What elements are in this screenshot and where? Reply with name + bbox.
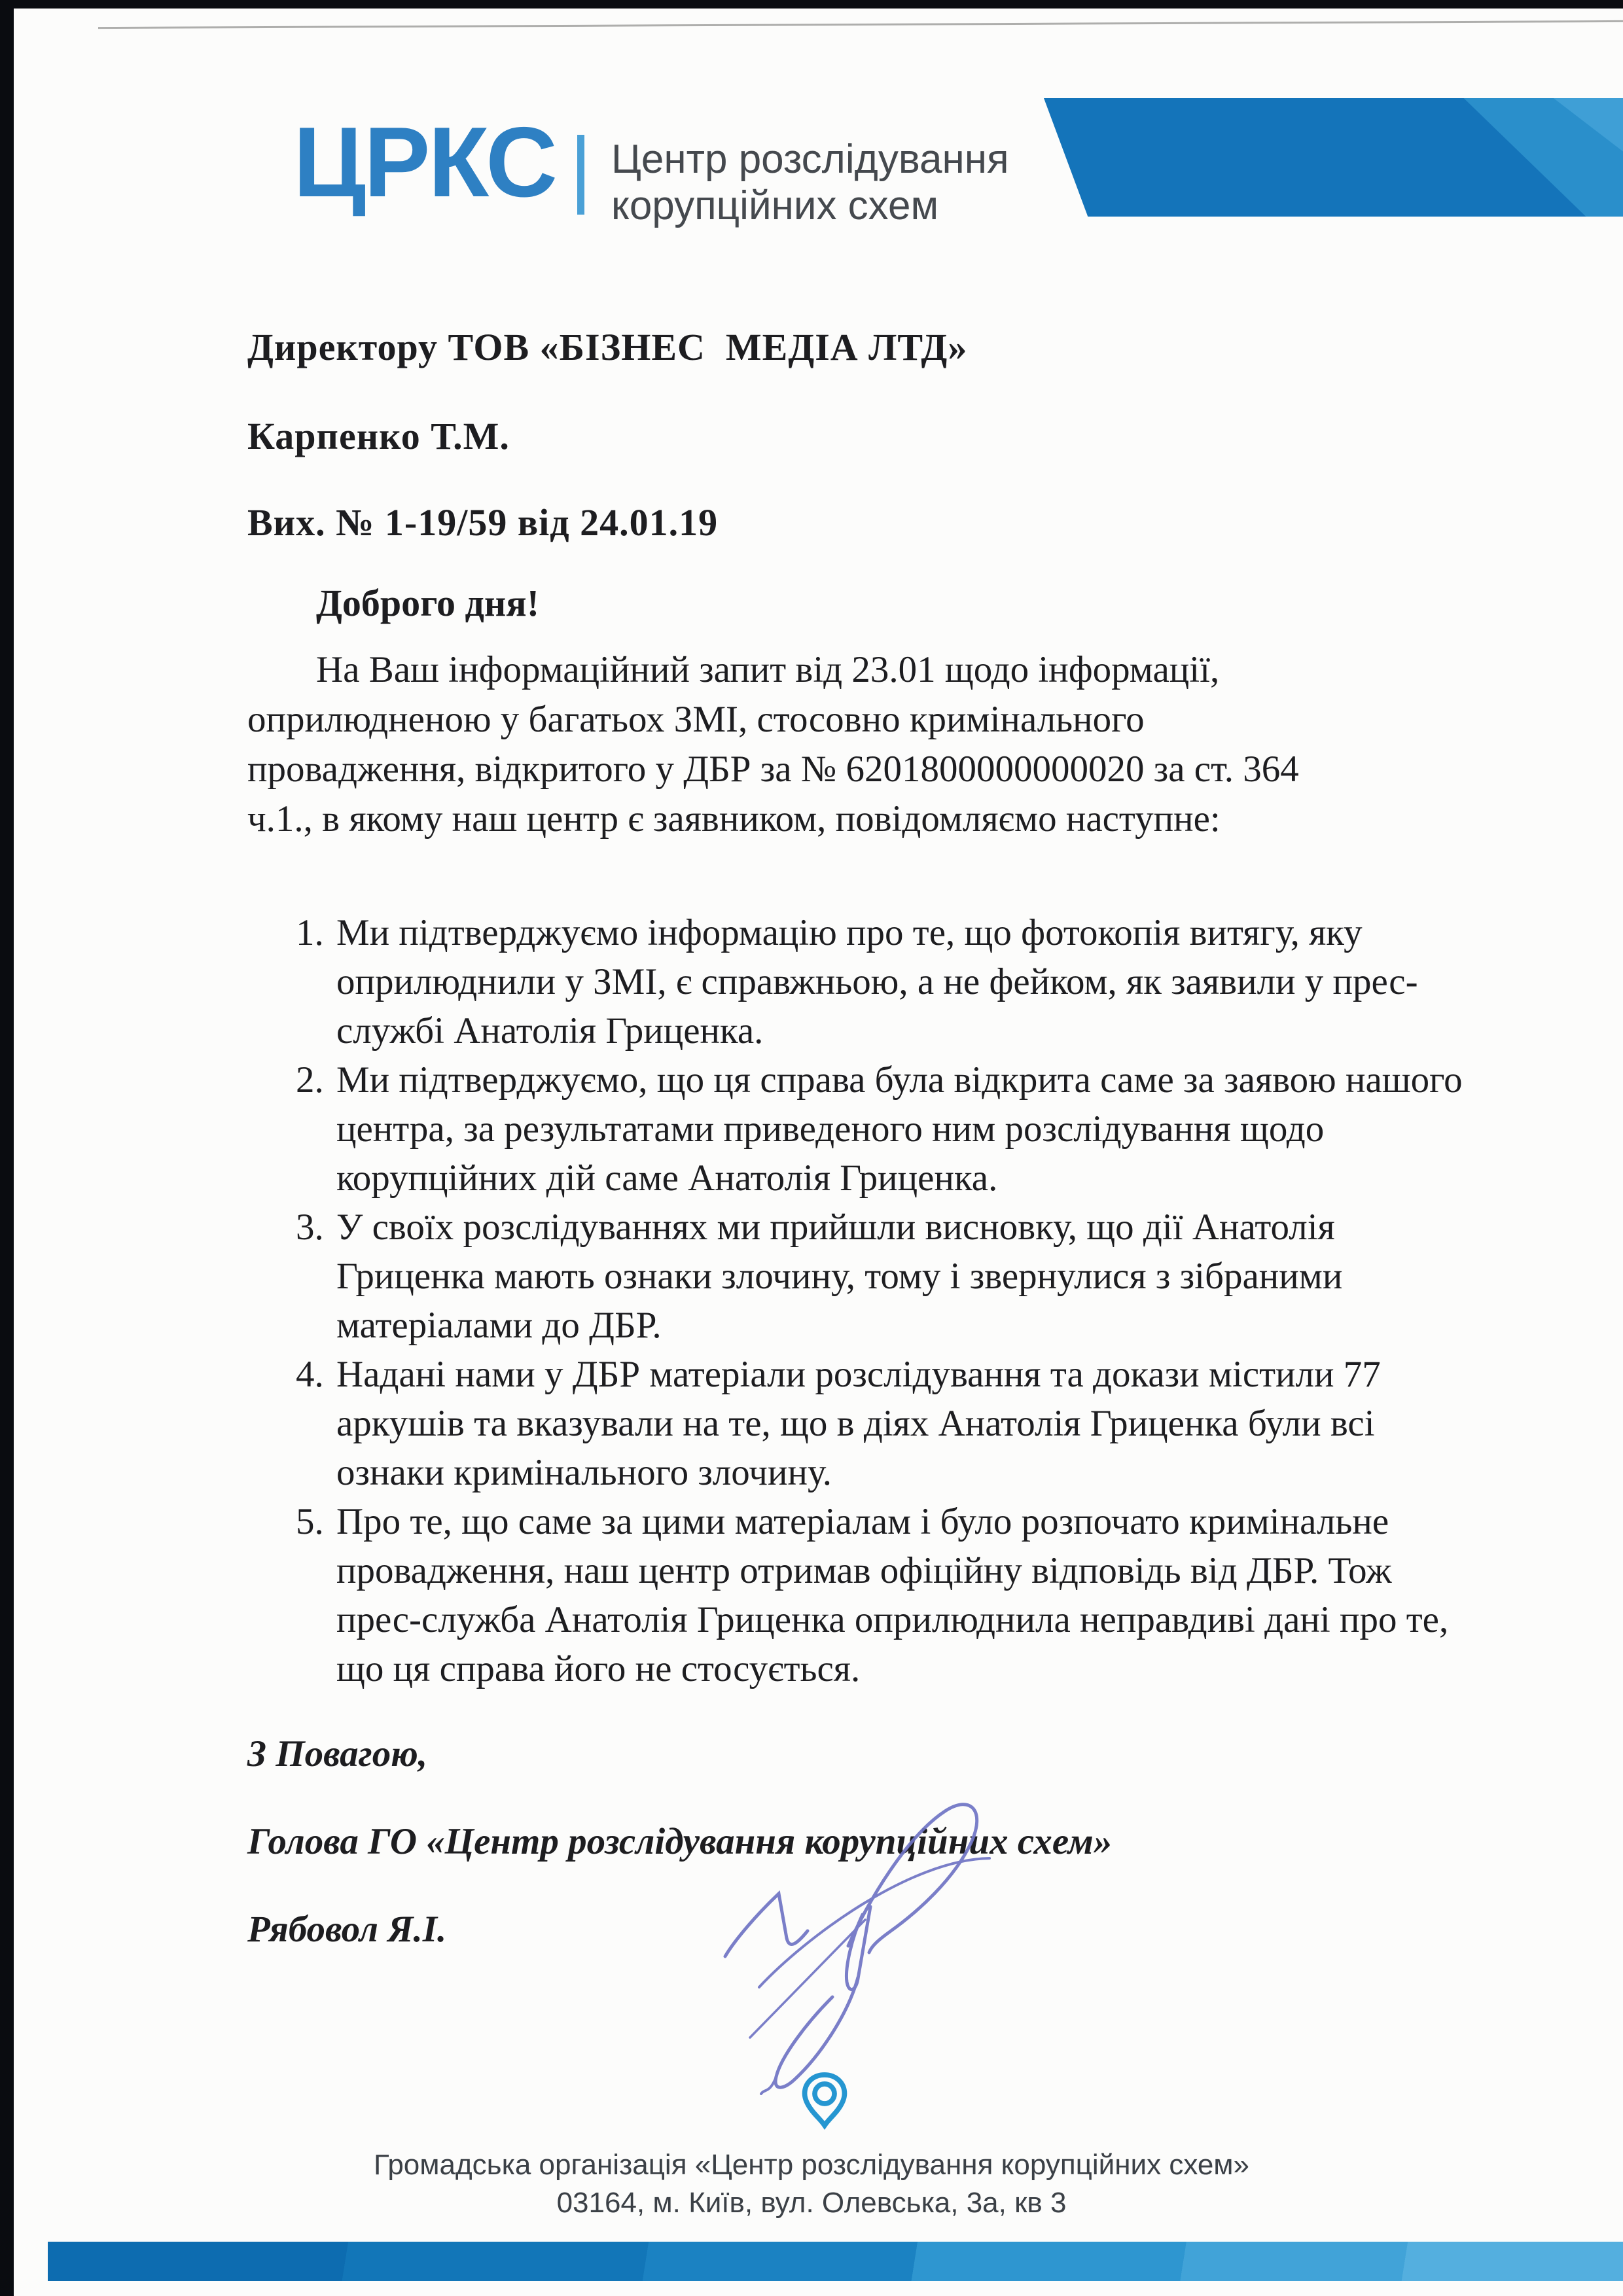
intro-line: провадження, відкритого у ДБР за № 62018… (247, 745, 1299, 794)
list-item-number: 4. (296, 1350, 324, 1399)
list-item-line: Ми підтверджуємо, що ця справа була відк… (336, 1055, 1463, 1104)
list-item-line: ознаки кримінального злочину. (336, 1448, 1463, 1497)
list-item-line: Ми підтверджуємо інформацію про те, що ф… (336, 908, 1463, 957)
scanned-letter: ЦРКС Центр розслідування корупційних схе… (0, 0, 1623, 2296)
location-pin-icon (796, 2061, 853, 2137)
list-item-line: центра, за результатами приведеного ним … (336, 1104, 1463, 1154)
intro-line: На Ваш інформаційний запит від 23.01 щод… (247, 645, 1299, 695)
outgoing-reference: Вих. № 1-19/59 від 24.01.19 (247, 501, 718, 544)
footer-address: 03164, м. Київ, вул. Олевська, 3а, кв 3 (0, 2187, 1623, 2219)
org-logo-abbr: ЦРКС (293, 110, 556, 215)
list-item-line: Про те, що саме за цими матеріалам і бул… (336, 1497, 1463, 1546)
list-item-number: 3. (296, 1203, 324, 1252)
list-item-line: матеріалами до ДБР. (336, 1301, 1463, 1350)
footer-org-name: Громадська організація «Центр розслідува… (0, 2149, 1623, 2181)
signoff-regards: З Повагою, (247, 1733, 427, 1775)
list-item-line: Надані нами у ДБР матеріали розслідуванн… (336, 1350, 1463, 1399)
org-logo-name-line2: корупційних схем (611, 183, 1009, 229)
intro-paragraph: На Ваш інформаційний запит від 23.01 щод… (247, 645, 1299, 844)
scan-edge-left (0, 0, 14, 2296)
list-item-line: Гриценка мають ознаки злочину, тому і зв… (336, 1252, 1463, 1301)
signoff-title: Голова ГО «Центр розслідування корупційн… (247, 1820, 1112, 1863)
intro-line: ч.1., в якому наш центр є заявником, пов… (247, 794, 1299, 844)
list-item-line: провадження, наш центр отримав офіційну … (336, 1546, 1463, 1595)
statements-list: 1. Ми підтверджуємо інформацію про те, щ… (296, 908, 1463, 1693)
recipient-person: Карпенко Т.М. (247, 414, 510, 458)
list-item-number: 1. (296, 908, 324, 957)
list-item: 4. Надані нами у ДБР матеріали розслідув… (296, 1350, 1463, 1497)
scan-artifact-line (98, 20, 1623, 29)
list-item-line: прес-служба Анатолія Гриценка оприлюднил… (336, 1595, 1463, 1644)
greeting: Доброго дня! (316, 581, 539, 625)
recipient-name: Директору ТОВ «БІЗНЕС МЕДІА ЛТД» (247, 325, 967, 369)
list-item-line: службі Анатолія Гриценка. (336, 1006, 1463, 1055)
footer-banner-bar (48, 2242, 1623, 2281)
org-logo-name-line1: Центр розслідування (611, 136, 1009, 183)
header-banner-shape (1044, 98, 1623, 217)
org-logo-name: Центр розслідування корупційних схем (611, 136, 1009, 229)
list-item-line: що ця справа його не стосується. (336, 1644, 1463, 1693)
list-item: 1. Ми підтверджуємо інформацію про те, щ… (296, 908, 1463, 1055)
list-item-line: аркушів та вказували на те, що в діях Ан… (336, 1399, 1463, 1448)
header-banner-light-segment (1044, 98, 1623, 217)
list-item-line: У своїх розслідуваннях ми прийшли виснов… (336, 1203, 1463, 1252)
list-item-number: 5. (296, 1497, 324, 1546)
intro-line: оприлюдненою у багатьох ЗМІ, стосовно кр… (247, 695, 1299, 745)
list-item: 2. Ми підтверджуємо, що ця справа була в… (296, 1055, 1463, 1203)
scan-edge-top (0, 0, 1623, 9)
signoff-name: Рябовол Я.І. (247, 1908, 446, 1951)
list-item-line: корупційних дій саме Анатолія Гриценка. (336, 1154, 1463, 1203)
list-item-line: оприлюднили у ЗМІ, є справжньою, а не фе… (336, 957, 1463, 1006)
list-item: 3. У своїх розслідуваннях ми прийшли вис… (296, 1203, 1463, 1350)
logo-separator (577, 135, 584, 215)
list-item-number: 2. (296, 1055, 324, 1104)
list-item: 5. Про те, що саме за цими матеріалам і … (296, 1497, 1463, 1693)
